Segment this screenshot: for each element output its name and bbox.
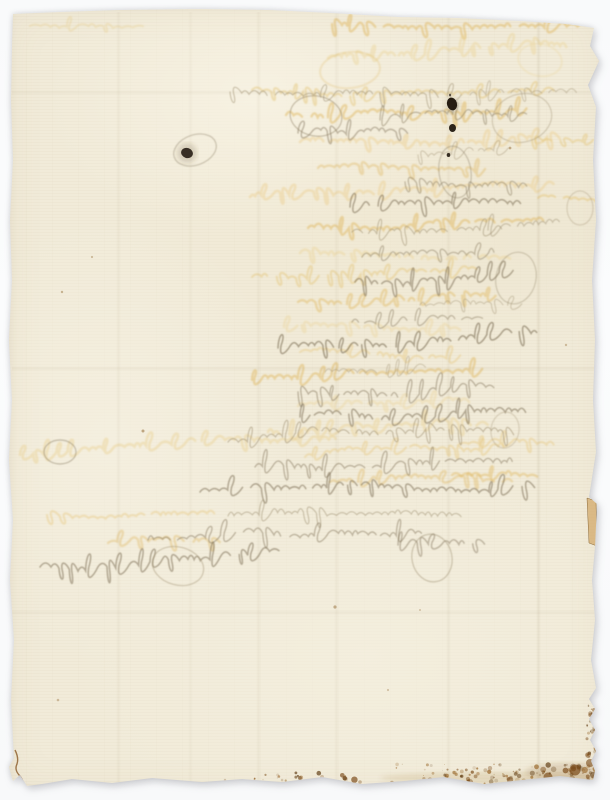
paper-sheet — [0, 0, 610, 800]
manuscript-page — [0, 0, 610, 800]
scanner-bed: Scanned archival manuscript leaf, verso … — [0, 0, 610, 800]
stains-and-marks-layer — [0, 0, 610, 800]
